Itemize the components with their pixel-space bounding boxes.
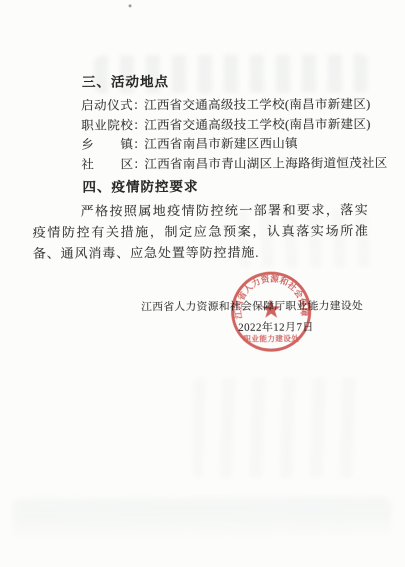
document-body: 三、活动地点 启动仪式：江西省交通高级技工学校(南昌市新建区) 职业院校：江西省…	[32, 71, 369, 264]
section-heading-epidemic-control: 四、疫情防控要求	[82, 176, 368, 197]
official-seal: 江西省人力资源和社会保障厅 职业能力建设处	[229, 269, 313, 353]
section-heading-locations: 三、活动地点	[82, 71, 368, 92]
location-value: 江西省南昌市青山湖区上海路街道恒茂社区	[144, 156, 387, 171]
location-value: 江西省交通高级技工学校(南昌市新建区)	[144, 117, 371, 132]
star-icon	[262, 300, 281, 318]
label-separator: ：	[133, 155, 144, 175]
location-label: 职业院校	[81, 116, 133, 136]
paper-sheet: 三、活动地点 启动仪式：江西省交通高级技工学校(南昌市新建区) 职业院校：江西省…	[0, 0, 405, 567]
location-label: 乡镇	[81, 135, 133, 155]
epidemic-control-paragraph: 严格按照属地疫情防控统一部署和要求，落实疫情防控有关措施，制定应急预案，认真落实…	[33, 199, 369, 264]
bleedthrough-smudge	[192, 377, 363, 478]
bleedthrough-smudge	[13, 497, 391, 541]
seal-bottom-text: 职业能力建设处	[243, 333, 299, 343]
scan-speck	[129, 4, 132, 7]
location-label: 启动仪式	[81, 96, 133, 116]
location-row-community: 社区：江西省南昌市青山湖区上海路街道恒茂社区	[81, 154, 368, 175]
scanned-document-page: 三、活动地点 启动仪式：江西省交通高级技工学校(南昌市新建区) 职业院校：江西省…	[0, 0, 405, 567]
location-value: 江西省交通高级技工学校(南昌市新建区)	[144, 97, 371, 112]
location-list: 启动仪式：江西省交通高级技工学校(南昌市新建区) 职业院校：江西省交通高级技工学…	[81, 95, 368, 175]
location-row-vocational-school: 职业院校：江西省交通高级技工学校(南昌市新建区)	[81, 115, 368, 136]
location-row-launch-ceremony: 启动仪式：江西省交通高级技工学校(南昌市新建区)	[81, 95, 368, 116]
label-separator: ：	[133, 116, 144, 136]
location-value: 江西省南昌市新建区西山镇	[144, 136, 298, 151]
location-row-township: 乡镇：江西省南昌市新建区西山镇	[81, 134, 368, 155]
label-separator: ：	[133, 96, 144, 116]
label-separator: ：	[133, 135, 144, 155]
location-label: 社区	[81, 155, 133, 175]
